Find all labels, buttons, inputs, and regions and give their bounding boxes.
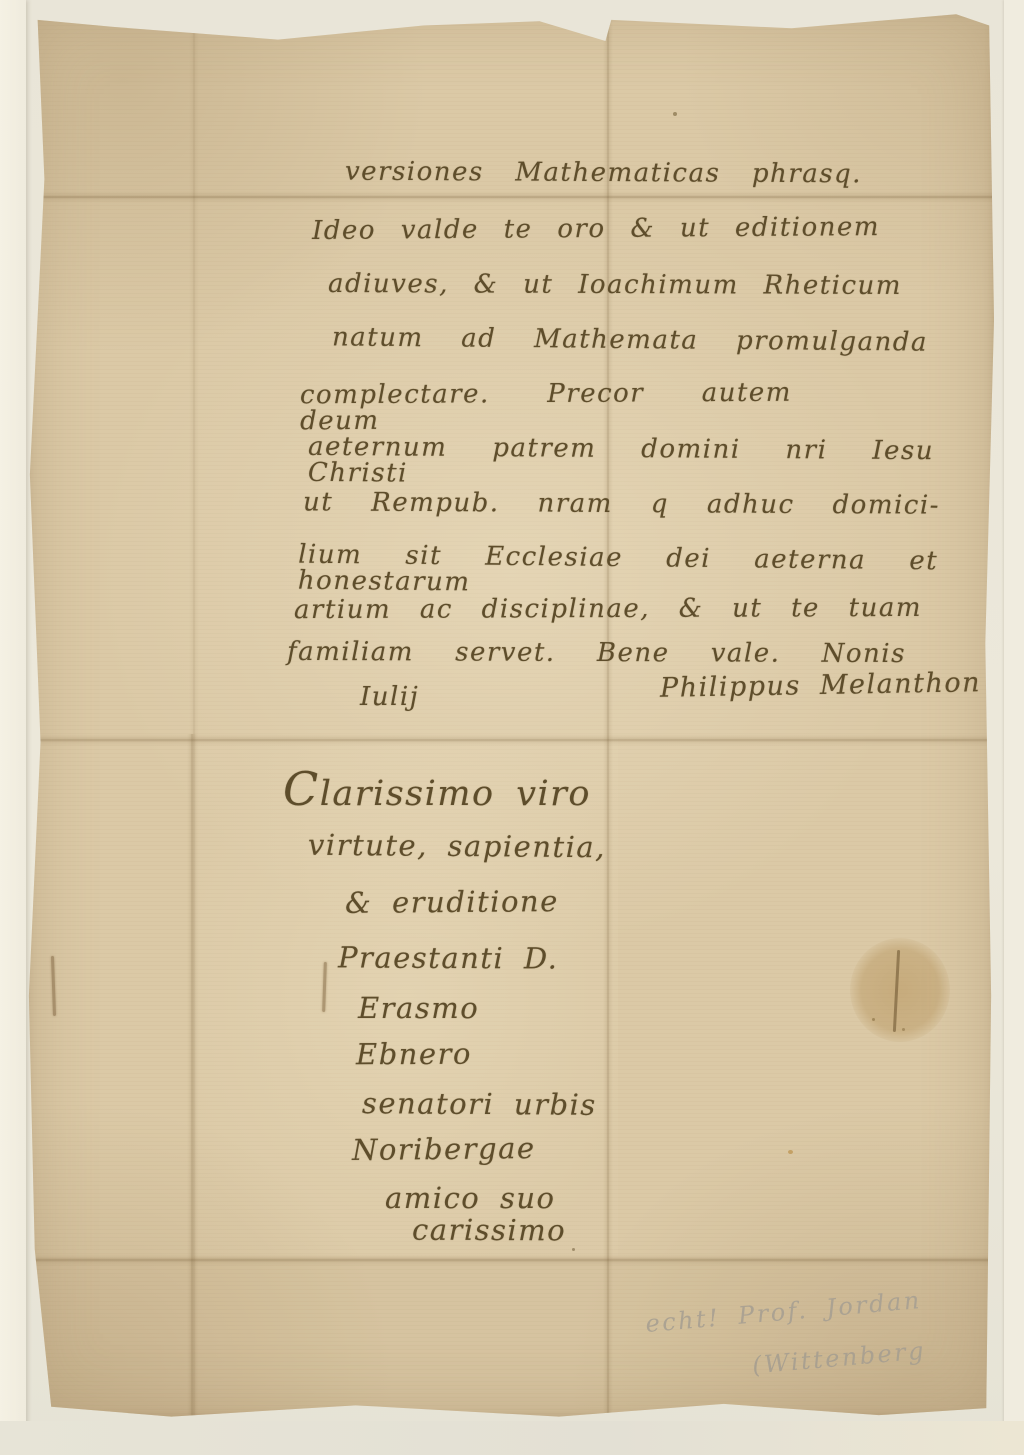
address-line: carissimo [412,1216,566,1246]
letter-body-line: familiam servet. Bene vale. Nonis [287,639,906,667]
mount-left-strip [0,0,26,1455]
horizontal-fold-top [26,191,995,203]
address-line: Ebnero [356,1040,472,1070]
letter-signature: Philippus Melanthon [660,669,981,702]
letter-body-line: ut Rempub. nram q adhuc domici- [303,489,940,518]
horizontal-fold-middle [26,734,995,746]
address-line: Praestanti D. [338,943,559,973]
bottom-band-shading [26,1258,995,1418]
address-line: virtute, sapientia, [308,831,606,863]
binding-slit-left [51,956,56,1016]
letter-body-line: lium sit Ecclesiae dei aeterna et honest… [298,542,939,601]
address-line: senatori urbis [362,1089,597,1120]
letter-body-line: adiuves, & ut Ioachimum Rheticum [328,271,902,299]
address-line: Noribergae [352,1134,536,1165]
letter-body-line: natum ad Mathemata promulganda [332,324,928,355]
letter-body-line: artium ac disciplinae, & ut te tuam [294,595,922,623]
horizontal-fold-bottom [26,1254,995,1266]
letter-sheet: versiones Mathematicas phrasq. Ideo vald… [26,10,995,1418]
mount-bottom-strip [0,1421,1024,1455]
seal-wax-stain [850,938,950,1042]
letter-body-line: complectare. Precor autem deum [300,380,792,435]
letter-body-line: versiones Mathematicas phrasq. [345,159,862,188]
address-line: & eruditione [345,887,559,918]
ink-speck [872,1018,875,1021]
address-line: Erasmo [358,994,479,1023]
foxing-spot [788,1150,793,1154]
mount-right-strip [1004,0,1024,1455]
address-line: amico suo [385,1184,556,1213]
ink-speck [572,1248,575,1251]
letter-dateline: Iulij [360,684,419,710]
ink-speck [673,112,677,116]
vertical-crease-left-lower [187,734,197,1418]
letter-body-line: Ideo valde te oro & ut editionem [312,214,880,244]
address-line: Clarissimo viro [283,766,591,812]
letter-body-line: aeternum patrem domini nri Iesu Christi [308,434,934,490]
manuscript-scan: versiones Mathematicas phrasq. Ideo vald… [0,0,1024,1455]
ink-speck [902,1028,905,1031]
